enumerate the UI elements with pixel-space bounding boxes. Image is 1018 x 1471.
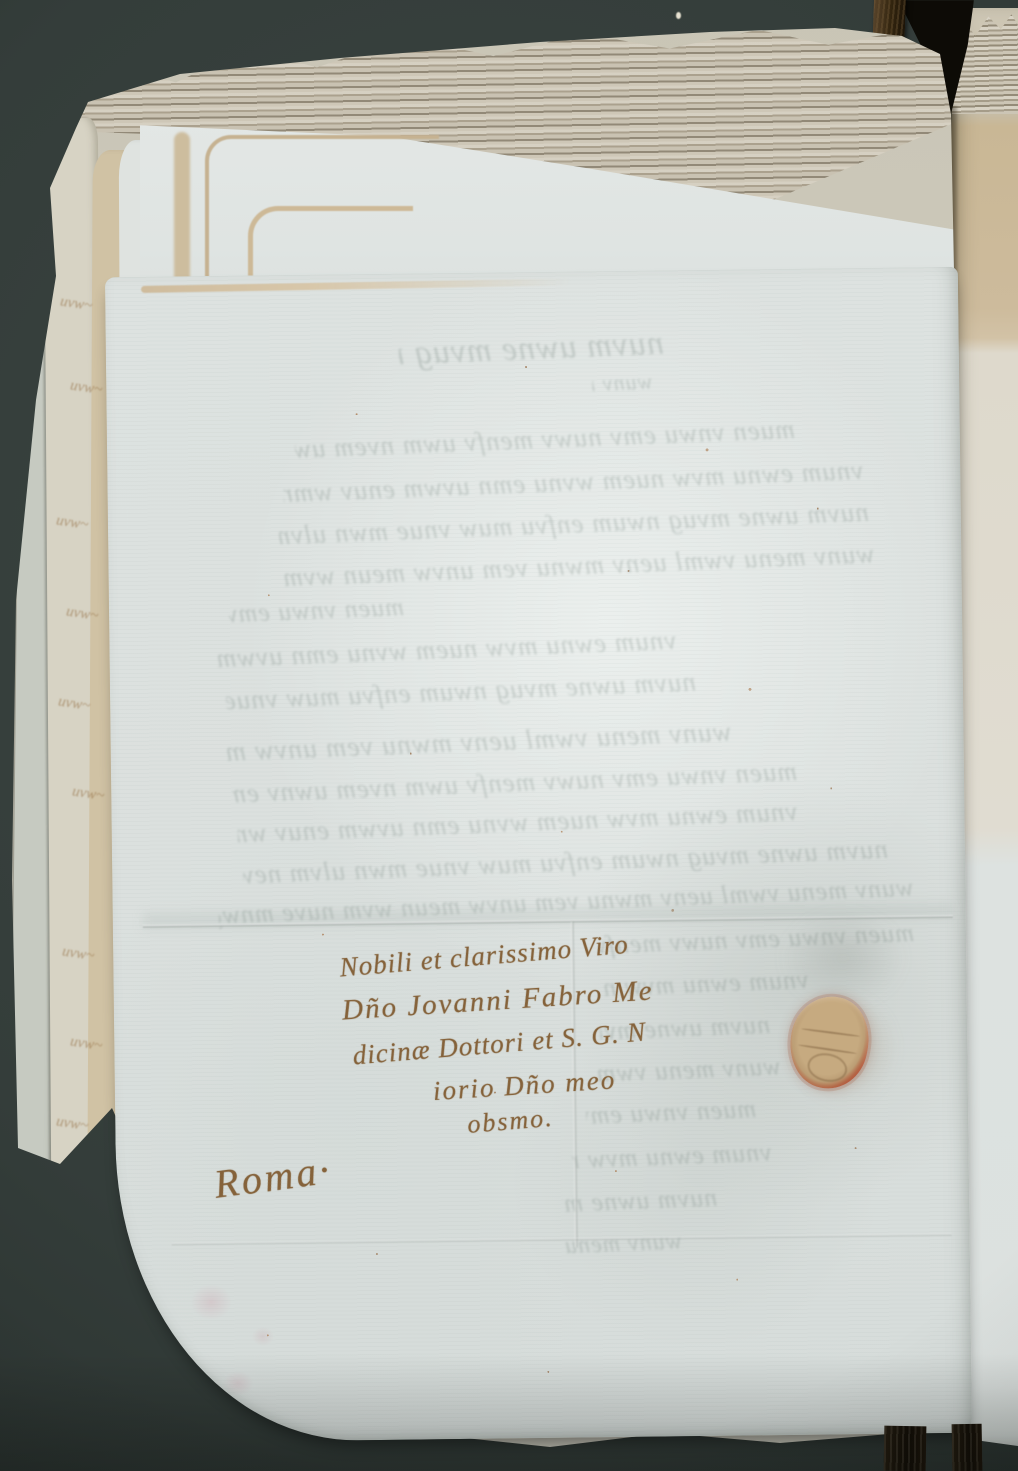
- bleedthrough-line: nuvm uwne mvug nwum enfvu muw vnue mwn u…: [398, 325, 664, 373]
- bleedthrough-writing: nuvm uwne mvug nwum enfvu muw vnue mwn u…: [105, 267, 972, 1443]
- dust-fleck: [676, 12, 681, 19]
- bleedthrough-line: wunv menu vwml uenv mwnu vem unvw meun w…: [595, 1052, 781, 1088]
- bleedthrough-line: muen vnwu emv nuwv menfv uwm nvem uwnv e…: [586, 1095, 757, 1130]
- bleedthrough-line: muen vnwu emv nuwv menfv uwm nvem uwnv e…: [228, 593, 404, 629]
- bleedthrough-line: nuvm uwne mvug nwum enfvu muw vnue mwn u…: [226, 668, 697, 717]
- seal-emboss-line: [802, 1028, 861, 1038]
- archive-photo: uvw~uvw~uvw~uvw~uvw~uvw~uvw~uvw~uvw~uvw~…: [0, 0, 1018, 1471]
- bottom-strap: [952, 1424, 983, 1471]
- bleedthrough-line: nuvm uwne mvug nwum enfvu muw vnue mwn u…: [562, 1184, 718, 1219]
- bleedthrough-line: vnum ewnu mvw nuem wvnu emn uvwm enuv wm…: [571, 1138, 772, 1175]
- bleedthrough-line: wunv menu vwml uenv mwnu vem unvw meun w…: [592, 370, 653, 397]
- bleedthrough-line: vnum ewnu mvw nuem wvnu emn uvwm enuv wm…: [211, 626, 677, 674]
- bleedthrough-line: muen vnwu emv nuwv menfv uwm nvem uwnv e…: [295, 415, 796, 465]
- bottom-strap: [884, 1426, 927, 1471]
- letter-verso-page: nuvm uwne mvug nwum enfvu muw vnue mwn u…: [105, 267, 972, 1443]
- seal-emboss-oval: [805, 1050, 850, 1085]
- bleedthrough-line: wunv menu vwml uenv mwnu vem unvw meun w…: [226, 718, 732, 769]
- margin-ink-trace: uvw~: [63, 1194, 98, 1216]
